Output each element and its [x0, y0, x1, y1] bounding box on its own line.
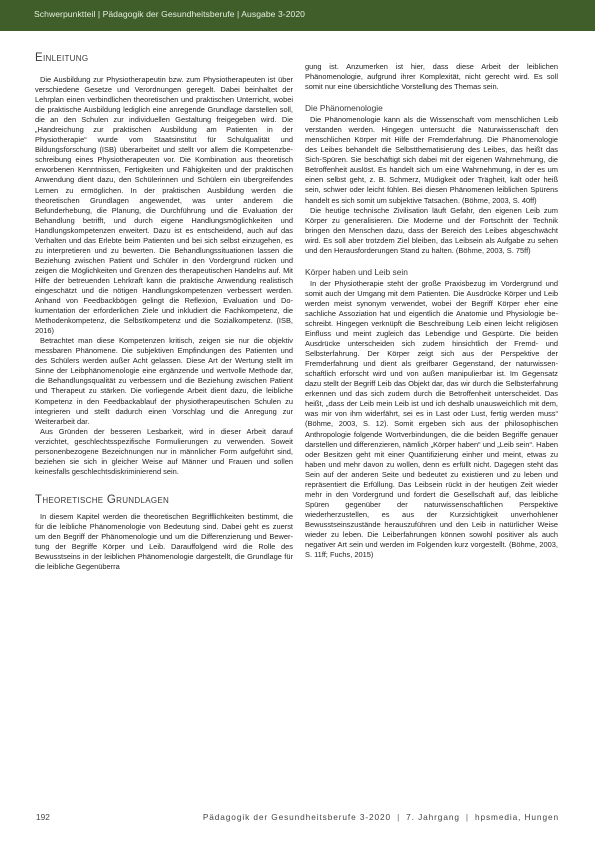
footer-separator: | [466, 812, 469, 822]
paragraph-continuation: gung ist. Anzumerken ist hier, dass dies… [305, 62, 558, 92]
right-column: gung ist. Anzumerken ist hier, dass dies… [305, 62, 558, 560]
paragraph: Die Ausbildung zur Physiotherapeutin bzw… [35, 75, 293, 336]
paragraph: In der Physiotherapie steht der große Pr… [305, 279, 558, 560]
running-header-title: Schwerpunktteil | Pädagogik der Gesundhe… [34, 9, 305, 19]
footer-publisher: hpsmedia, Hungen [475, 812, 559, 822]
paragraph: Betrachtet man diese Kompetenzen kritisc… [35, 336, 293, 426]
page-number: 192 [36, 812, 50, 822]
paragraph: Die heutige technische Zivilisation läuf… [305, 206, 558, 256]
paragraph: Aus Gründen der besseren Lesbarkeit, wir… [35, 427, 293, 477]
left-column: Einleitung Die Ausbildung zur Physiother… [35, 51, 293, 572]
footer-separator: | [397, 812, 400, 822]
footer-citation: Pädagogik der Gesundheitsberufe 3-2020|7… [203, 812, 559, 822]
section-title-theoretische-grundlagen: Theoretische Grundlagen [35, 493, 293, 507]
section-title-einleitung: Einleitung [35, 51, 293, 65]
subsection-title-koerper-leib: Körper haben und Leib sein [305, 267, 558, 278]
footer-journal: Pädagogik der Gesundheitsberufe 3-2020 [203, 812, 391, 822]
running-header-bar: Schwerpunktteil | Pädagogik der Gesundhe… [0, 0, 595, 31]
subsection-title-phaenomenologie: Die Phänomenologie [305, 103, 558, 114]
footer-volume: 7. Jahrgang [406, 812, 460, 822]
paragraph: Die Phänomenologie kann als die Wissensc… [305, 115, 558, 205]
paragraph: In diesem Kapitel werden die theoretisch… [35, 512, 293, 572]
page-footer: 192 Pädagogik der Gesundheitsberufe 3-20… [0, 812, 595, 826]
